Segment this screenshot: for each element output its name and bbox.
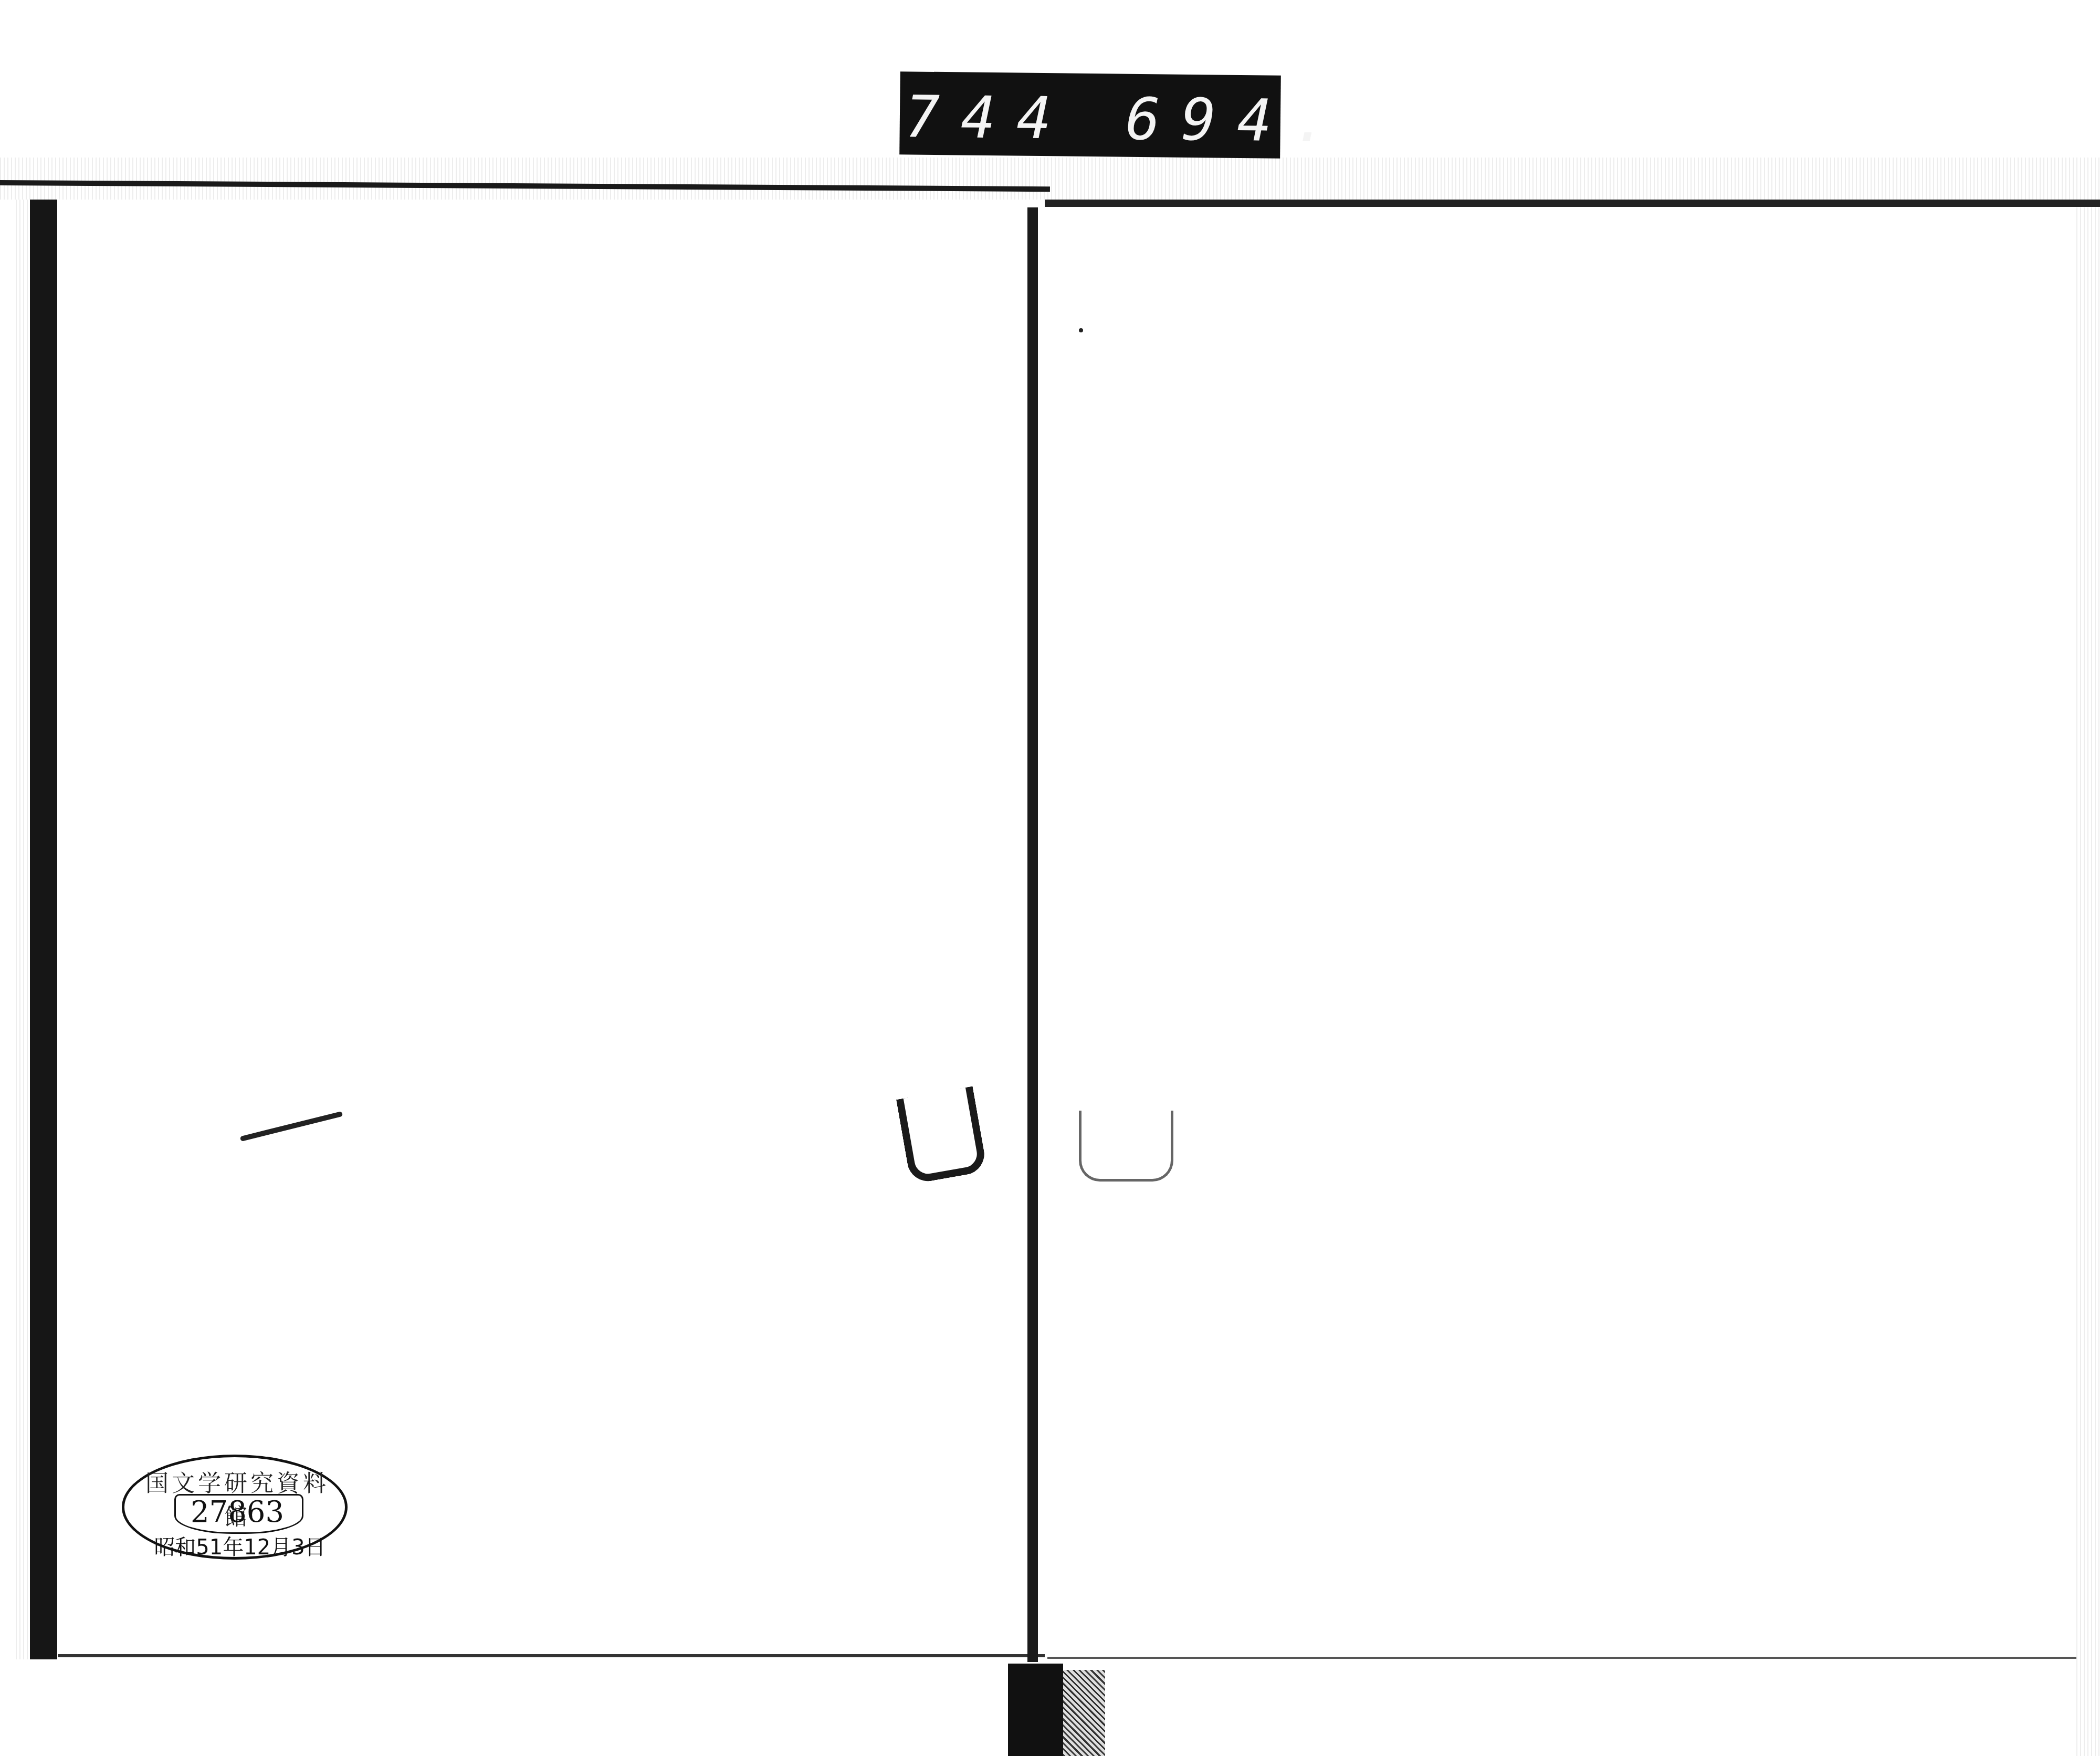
right-page-edges xyxy=(2076,207,2100,1756)
speck xyxy=(1079,328,1083,332)
library-stamp: 国文学研究資料館 27863 昭和51年12月3日 xyxy=(122,1455,348,1560)
wormhole-damage xyxy=(896,1086,988,1184)
call-number-left: 744 xyxy=(905,83,1073,152)
book-spine-gutter xyxy=(1027,207,1038,1662)
stamp-accession-number: 27863 xyxy=(174,1495,300,1529)
spine-bottom-dark xyxy=(1008,1664,1063,1756)
wormhole-damage-faint xyxy=(1079,1111,1173,1182)
left-page: 国文学研究資料館 27863 昭和51年12月3日 xyxy=(58,200,1045,1657)
right-page xyxy=(1047,207,2076,1659)
left-cover-board xyxy=(30,200,57,1659)
stamp-date: 昭和51年12月3日 xyxy=(151,1531,329,1561)
call-number-right: 694. xyxy=(1125,86,1349,155)
left-page-edges xyxy=(16,200,29,1659)
spine-bottom-textured xyxy=(1063,1670,1105,1756)
call-number-label: 744 694. xyxy=(899,71,1281,159)
scan-top-noise xyxy=(0,158,2100,200)
book-top-edge-right xyxy=(1024,200,2100,207)
ink-mark xyxy=(240,1111,343,1142)
